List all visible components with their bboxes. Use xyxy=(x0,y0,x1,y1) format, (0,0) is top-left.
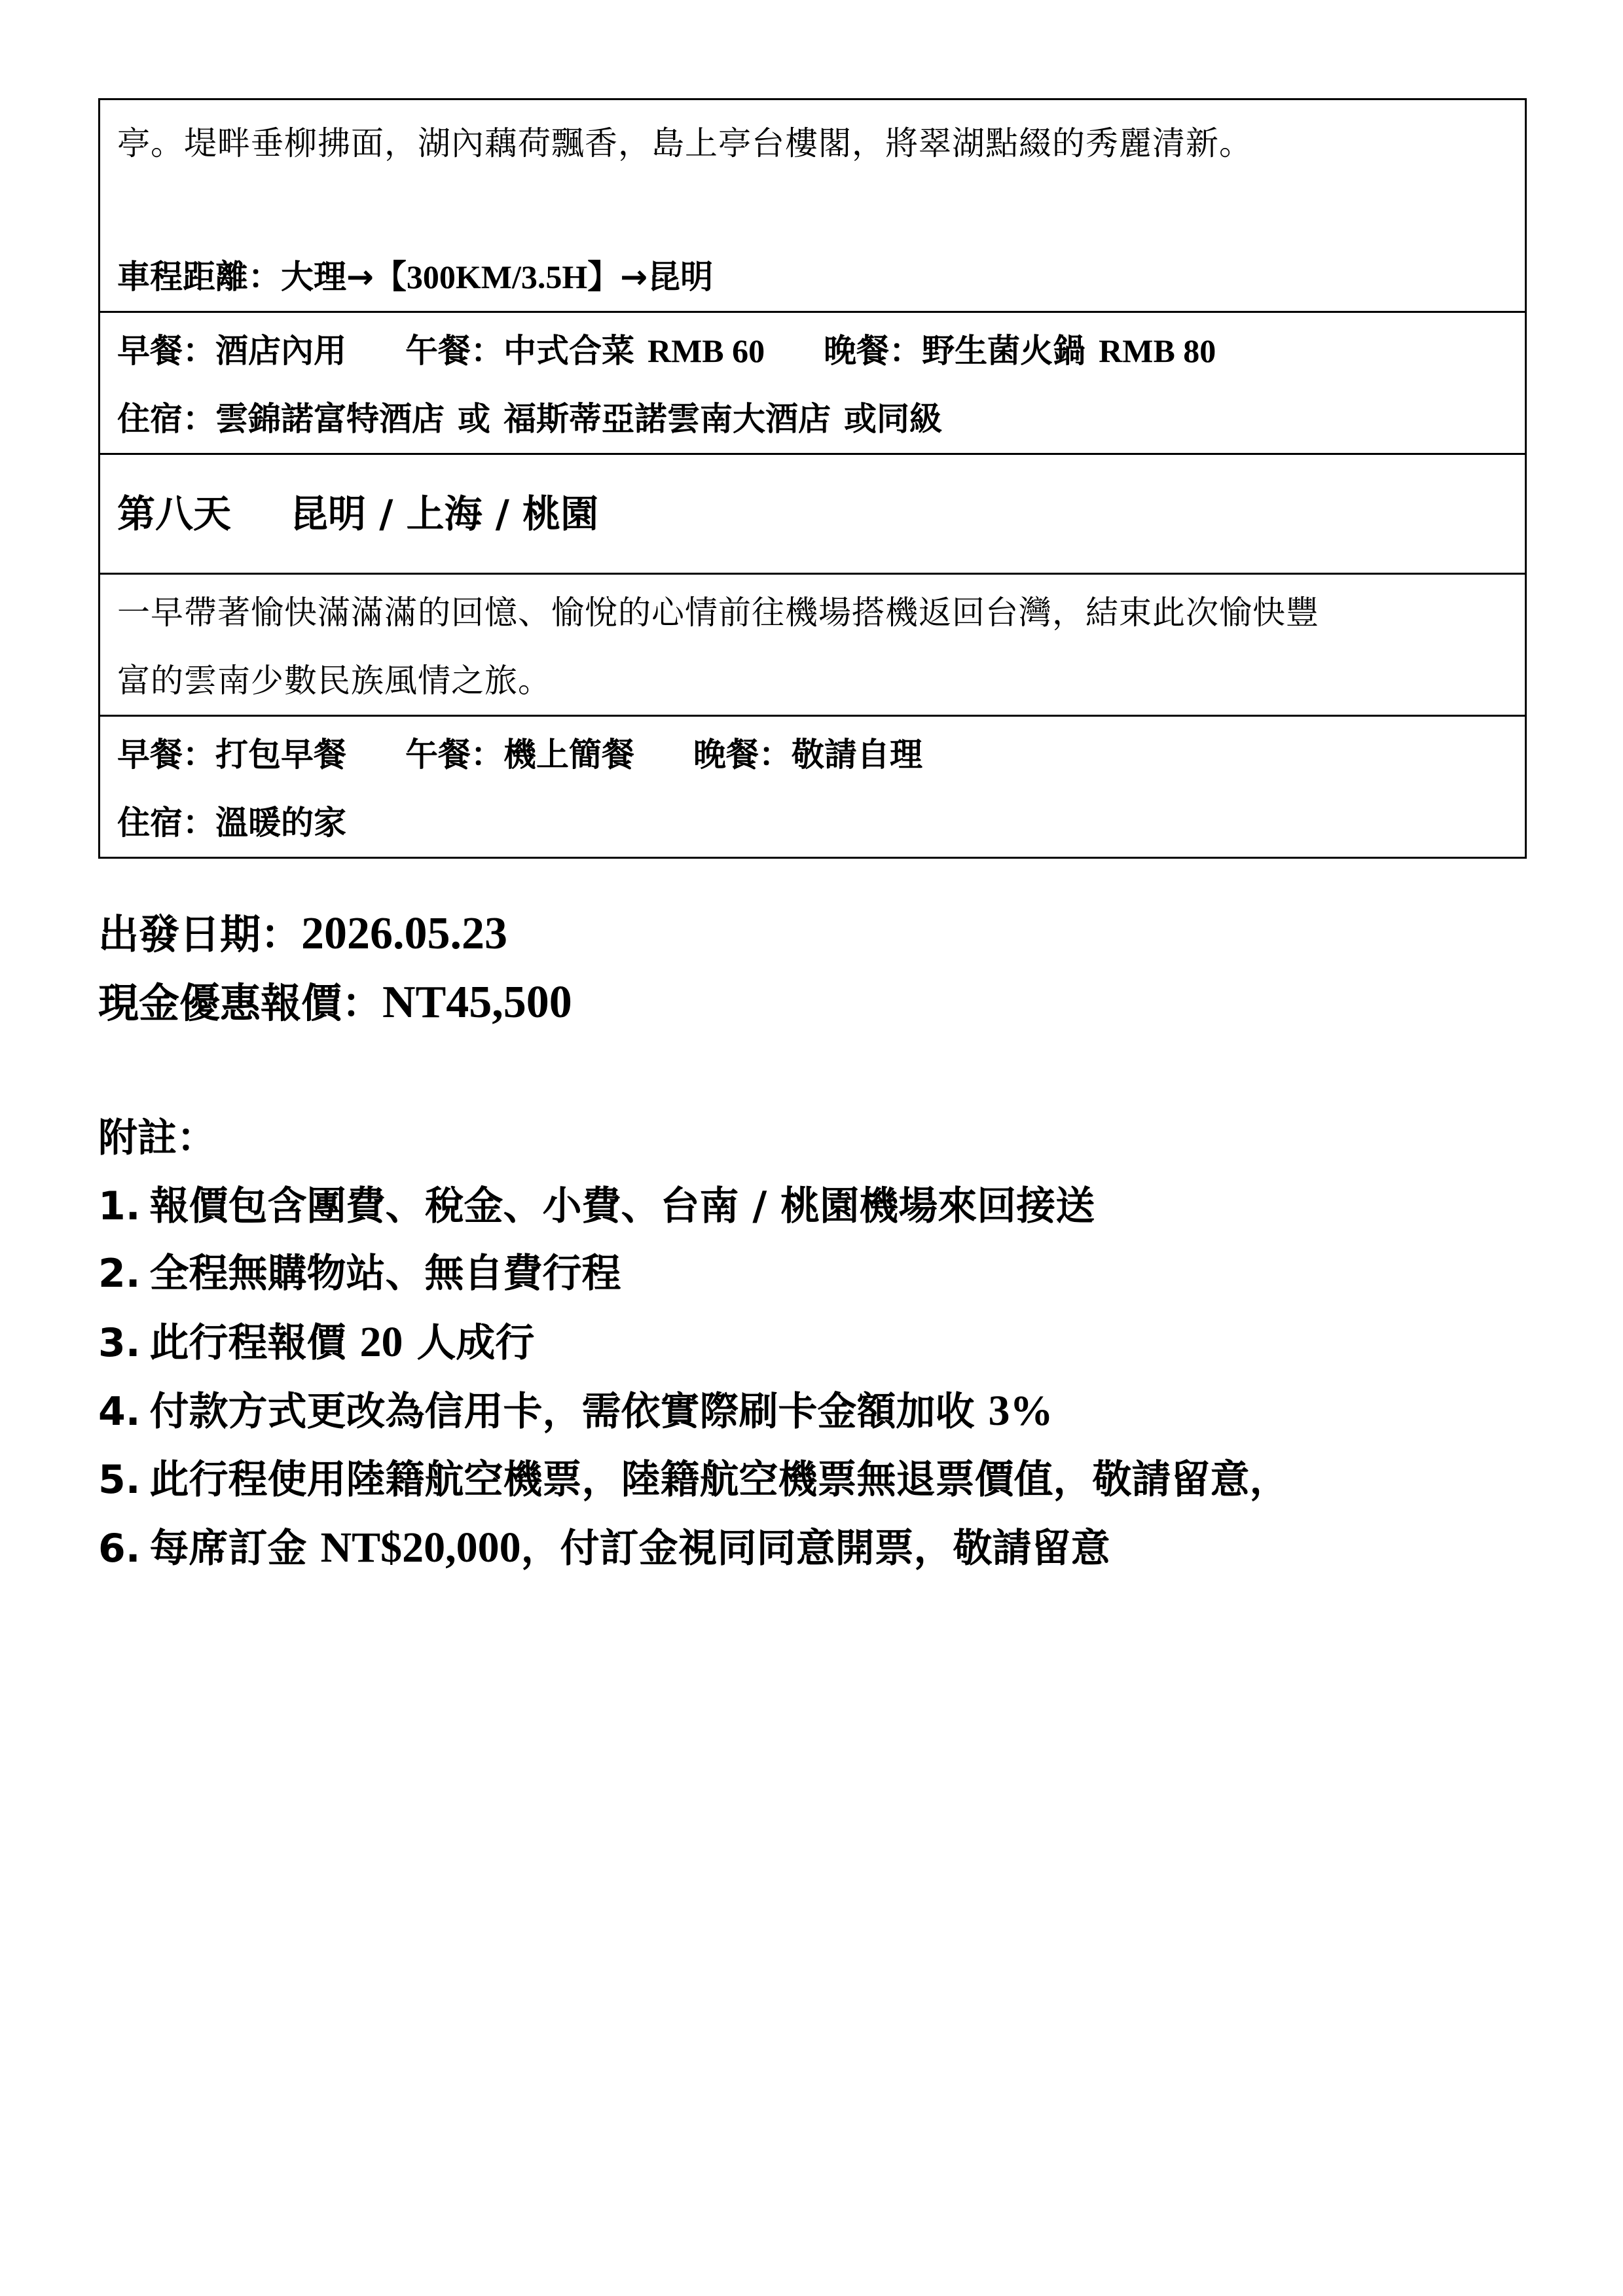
driving-distance-destination: →昆明 xyxy=(620,258,713,296)
prev-day-description-cell: 亭。堤畔垂柳拂面，湖內藕荷飄香，島上亭台樓閣，將翠湖點綴的秀麗清新。 車程距離：… xyxy=(100,99,1526,312)
departure-date-line: 出發日期：2026.05.23 xyxy=(98,900,572,969)
hotel-label: 住宿： xyxy=(117,400,215,438)
prev-day-meals-row: 早餐：酒店內用午餐：中式合菜RMB 60晚餐：野生菌火鍋RMB 80 住宿：雲錦… xyxy=(100,312,1526,454)
note-text-post: 人成行 xyxy=(403,1320,534,1366)
itinerary-table: 亭。堤畔垂柳拂面，湖內藕荷飄香，島上亭台樓閣，將翠湖點綴的秀麗清新。 車程距離：… xyxy=(98,98,1527,859)
note-text-pre: 此行程報價 xyxy=(150,1320,360,1366)
day8-description-row: 一早帶著愉快滿滿滿的回憶、愉悅的心情前往機場搭機返回台灣，結束此次愉快豐 富的雲… xyxy=(100,574,1526,716)
day8-dinner: 晚餐：敬請自理 xyxy=(693,736,922,774)
note-text-pre: 每席訂金 xyxy=(150,1526,321,1571)
day8-label: 第八天 xyxy=(117,492,231,536)
hotel-option-2: 福斯蒂亞諾雲南大酒店 xyxy=(503,400,831,438)
prev-day-meals-cell: 早餐：酒店內用午餐：中式合菜RMB 60晚餐：野生菌火鍋RMB 80 住宿：雲錦… xyxy=(100,312,1526,454)
driving-distance-label: 車程距離：大理→ xyxy=(117,258,374,296)
note-index: 3. xyxy=(98,1320,141,1366)
hotel-or-1: 或 xyxy=(458,400,490,438)
prev-day-meals: 早餐：酒店內用午餐：中式合菜RMB 60晚餐：野生菌火鍋RMB 80 xyxy=(117,317,1508,385)
day8-header-row: 第八天昆明 / 上海 / 桃園 xyxy=(100,454,1526,574)
day8-meals-cell: 早餐：打包早餐午餐：機上簡餐晚餐：敬請自理 住宿：溫暖的家 xyxy=(100,716,1526,858)
hotel-or-equivalent: 或同級 xyxy=(844,400,942,438)
dinner-info: 晚餐：野生菌火鍋 xyxy=(824,332,1085,370)
prev-day-description-text: 亭。堤畔垂柳拂面，湖內藕荷飄香，島上亭台樓閣，將翠湖點綴的秀麗清新。 xyxy=(117,109,1508,177)
note-text: 報價包含團費、稅金、小費、台南 / 桃園機場來回接送 xyxy=(150,1183,1095,1229)
note-item: 5.此行程使用陸籍航空機票，陸籍航空機票無退票價值，敬請留意， xyxy=(98,1446,1289,1515)
day8-meals-row: 早餐：打包早餐午餐：機上簡餐晚餐：敬請自理 住宿：溫暖的家 xyxy=(100,716,1526,858)
prev-day-description-row: 亭。堤畔垂柳拂面，湖內藕荷飄香，島上亭台樓閣，將翠湖點綴的秀麗清新。 車程距離：… xyxy=(100,99,1526,312)
lunch-info: 午餐：中式合菜 xyxy=(405,332,634,370)
day8-lunch: 午餐：機上簡餐 xyxy=(405,736,634,774)
lunch-price: RMB 60 xyxy=(647,332,765,369)
breakfast-info: 早餐：酒店內用 xyxy=(117,332,346,370)
day8-meals: 早餐：打包早餐午餐：機上簡餐晚餐：敬請自理 xyxy=(117,721,1508,789)
price-label: 現金優惠報價： xyxy=(98,979,382,1027)
day8-route: 昆明 / 上海 / 桃園 xyxy=(290,492,598,536)
day8-header-cell: 第八天昆明 / 上海 / 桃園 xyxy=(100,454,1526,574)
day8-description-line-1: 一早帶著愉快滿滿滿的回憶、愉悅的心情前往機場搭機返回台灣，結束此次愉快豐 xyxy=(117,579,1508,647)
price-value: NT45,500 xyxy=(382,977,572,1028)
note-text: 全程無購物站、無自費行程 xyxy=(150,1251,621,1297)
note-text: 此行程使用陸籍航空機票，陸籍航空機票無退票價值，敬請留意， xyxy=(150,1457,1289,1503)
day8-description-cell: 一早帶著愉快滿滿滿的回憶、愉悅的心情前往機場搭機返回台灣，結束此次愉快豐 富的雲… xyxy=(100,574,1526,716)
note-number: NT$20,000 xyxy=(320,1524,520,1571)
notes-list: 1.報價包含團費、稅金、小費、台南 / 桃園機場來回接送 2.全程無購物站、無自… xyxy=(98,1173,1289,1583)
note-index: 5. xyxy=(98,1457,141,1503)
note-item: 3.此行程報價 20 人成行 xyxy=(98,1308,1289,1378)
notes-section: 附註： 1.報價包含團費、稅金、小費、台南 / 桃園機場來回接送 2.全程無購物… xyxy=(98,1105,1289,1583)
note-text-pre: 付款方式更改為信用卡，需依實際刷卡金額加收 xyxy=(150,1389,989,1435)
departure-date-label: 出發日期： xyxy=(98,910,301,958)
note-index: 1. xyxy=(98,1183,141,1229)
note-index: 6. xyxy=(98,1526,141,1571)
dinner-price: RMB 80 xyxy=(1099,332,1216,369)
note-index: 4. xyxy=(98,1389,141,1435)
note-index: 2. xyxy=(98,1251,141,1297)
hotel-option-1: 雲錦諾富特酒店 xyxy=(215,400,445,438)
note-number: 3% xyxy=(988,1387,1053,1435)
note-text-post: ，付訂金視同同意開票，敬請留意 xyxy=(521,1526,1110,1571)
note-item: 2.全程無購物站、無自費行程 xyxy=(98,1240,1289,1308)
day8-hotel: 住宿：溫暖的家 xyxy=(117,789,1508,857)
departure-date: 2026.05.23 xyxy=(301,908,507,959)
day8-breakfast: 早餐：打包早餐 xyxy=(117,736,346,774)
note-item: 6.每席訂金 NT$20,000，付訂金視同同意開票，敬請留意 xyxy=(98,1514,1289,1583)
note-item: 4.付款方式更改為信用卡，需依實際刷卡金額加收 3% xyxy=(98,1377,1289,1446)
day8-title: 第八天昆明 / 上海 / 桃園 xyxy=(117,492,598,536)
driving-distance-value: 【300KM/3.5H】 xyxy=(374,259,620,295)
note-item: 1.報價包含團費、稅金、小費、台南 / 桃園機場來回接送 xyxy=(98,1173,1289,1241)
notes-heading: 附註： xyxy=(98,1105,1289,1173)
driving-distance: 車程距離：大理→【300KM/3.5H】→昆明 xyxy=(117,243,1508,311)
prev-day-hotel: 住宿：雲錦諾富特酒店或福斯蒂亞諾雲南大酒店或同級 xyxy=(117,385,1508,453)
note-number: 20 xyxy=(359,1318,403,1366)
trip-summary: 出發日期：2026.05.23 現金優惠報價：NT45,500 xyxy=(98,900,572,1037)
day8-description-line-2: 富的雲南少數民族風情之旅。 xyxy=(117,647,1508,715)
price-line: 現金優惠報價：NT45,500 xyxy=(98,969,572,1037)
